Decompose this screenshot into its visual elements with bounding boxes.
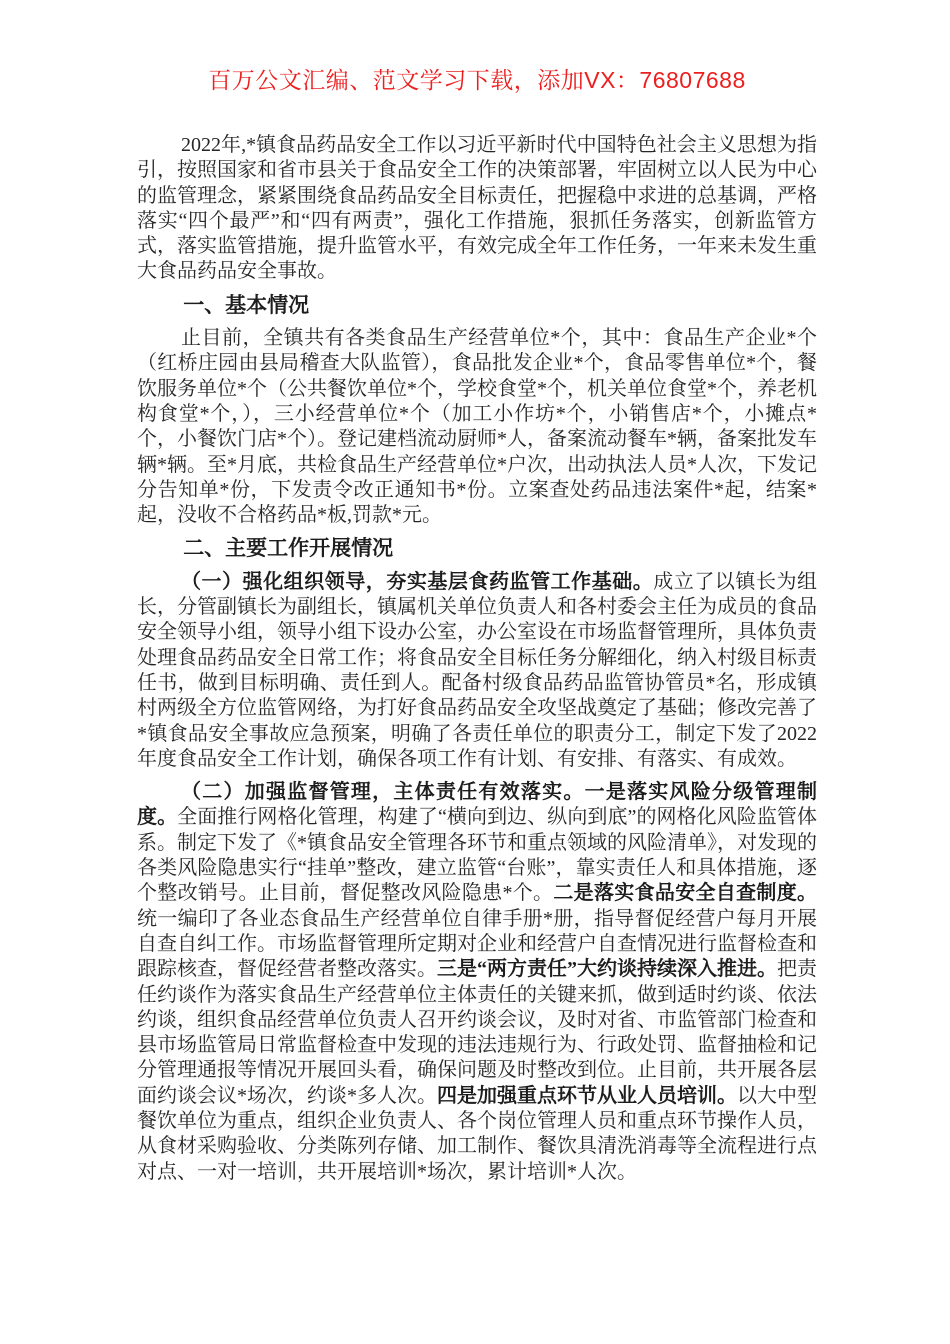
document-body: 2022年,*镇食品药品安全工作以习近平新时代中国特色社会主义思想为指引，按照国…	[137, 133, 817, 1185]
watermark-header: 百万公文汇编、范文学习下载，添加VX：76807688	[137, 66, 817, 95]
paragraph: （二）加强监督管理，主体责任有效落实。一是落实风险分级管理制度。全面推行网格化管…	[137, 780, 817, 1185]
bold-text-run: 三是“两方责任”大约谈持续深入推进。	[437, 958, 777, 980]
bold-text-run: 二、主要工作开展情况	[183, 537, 393, 560]
bold-text-run: 二是落实食品安全自查制度。	[553, 882, 817, 904]
text-run: 成立了以镇长为组长，分管副镇长为副组长，镇属机关单位负责人和各村委会主任为成员的…	[137, 571, 817, 770]
section-heading: 二、主要工作开展情况	[137, 536, 817, 561]
text-run: 2022年,*镇食品药品安全工作以习近平新时代中国特色社会主义思想为指引，按照国…	[137, 134, 817, 282]
paragraph: 2022年,*镇食品药品安全工作以习近平新时代中国特色社会主义思想为指引，按照国…	[137, 133, 817, 285]
bold-text-run: （一）强化组织领导，夯实基层食药监管工作基础。	[181, 571, 653, 593]
bold-text-run: 一、基本情况	[183, 294, 309, 317]
bold-text-run: 四是加强重点环节从业人员培训。	[437, 1085, 737, 1107]
text-run: 止目前，全镇共有各类食品生产经营单位*个，其中：食品生产企业*个（红桥庄园由县局…	[137, 327, 817, 526]
paragraph: （一）强化组织领导，夯实基层食药监管工作基础。成立了以镇长为组长，分管副镇长为副…	[137, 570, 817, 772]
section-heading: 一、基本情况	[137, 293, 817, 318]
paragraph: 止目前，全镇共有各类食品生产经营单位*个，其中：食品生产企业*个（红桥庄园由县局…	[137, 326, 817, 528]
document-page: 百万公文汇编、范文学习下载，添加VX：76807688 2022年,*镇食品药品…	[0, 0, 950, 1344]
